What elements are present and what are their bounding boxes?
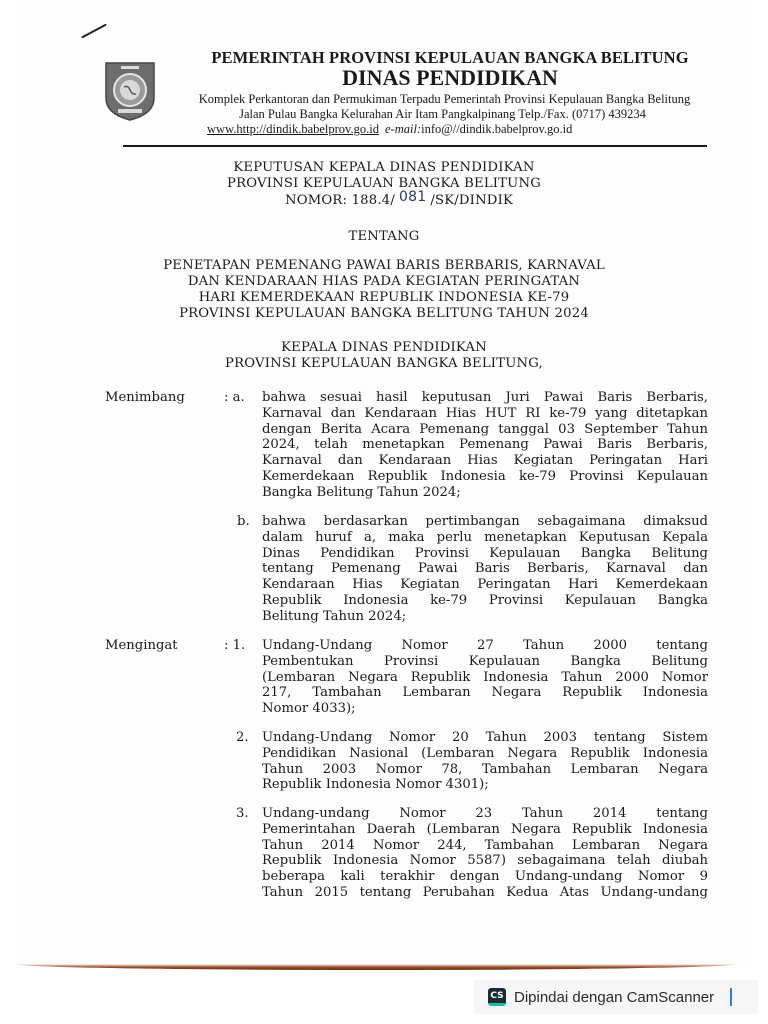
text-line: tentang Pemenang Pawai Baris Berbaris, K… — [262, 561, 708, 577]
provincial-emblem-icon — [103, 60, 157, 122]
camscanner-text: Dipindai dengan CamScanner — [514, 989, 714, 1006]
text-line: Republik Indonesia Nomor 5587) sebagaima… — [262, 853, 708, 869]
subject-line: PROVINSI KEPULAUAN BANGKA BELITUNG TAHUN… — [0, 306, 768, 321]
text-line: Karnaval dan Kendaraan Hias Kegiatan Per… — [262, 453, 708, 469]
subject-line: HARI KEMERDEKAAN REPUBLIK INDONESIA KE-7… — [0, 290, 768, 305]
text-line: Bangka Belitung Tahun 2024; — [262, 485, 708, 501]
handwritten-number: 081 — [399, 189, 426, 205]
text-line: (Lembaran Negara Republik Indonesia Tahu… — [262, 670, 708, 686]
official-title-line: PROVINSI KEPULAUAN BANGKA BELITUNG, — [0, 356, 768, 371]
item-marker: 3. — [236, 806, 249, 821]
text-line: Tahun 2015 tentang Perubahan Kedua Atas … — [262, 885, 708, 901]
text-line: Kendaraan Hias Kegiatan Peringatan Hari … — [262, 577, 708, 593]
subject-line: DAN KENDARAAN HIAS PADA KEGIATAN PERINGA… — [0, 274, 768, 289]
text-line: Republik Indonesia Nomor 4301); — [262, 777, 708, 793]
email-label: e-mail: — [385, 122, 421, 136]
text-line: bahwa sesuai hasil keputusan Juri Pawai … — [262, 390, 708, 406]
menimbang-item-b: bahwa berdasarkan pertimbangan sebagaima… — [262, 514, 708, 625]
text-line: Dinas Pendidikan Provinsi Kepulauan Bang… — [262, 546, 708, 562]
mengingat-item-1: Undang-Undang Nomor 27 Tahun 2000 tentan… — [262, 638, 708, 717]
decree-title-line-1: KEPUTUSAN KEPALA DINAS PENDIDIKAN — [0, 160, 768, 175]
official-title-line: KEPALA DINAS PENDIDIKAN — [0, 340, 768, 355]
about-heading: TENTANG — [0, 229, 768, 244]
decree-number: NOMOR: 188.4/081/SK/DINDIK — [0, 192, 768, 208]
camscanner-icon: CS — [488, 988, 506, 1006]
text-cursor — [730, 988, 732, 1006]
email-address[interactable]: info@//dindik.babelprov.go.id — [421, 122, 572, 136]
text-line: Pendidikan Nasional (Lembaran Negara Rep… — [262, 746, 708, 762]
agency-name: DINAS PENDIDIKAN — [170, 65, 730, 91]
menimbang-item-a: bahwa sesuai hasil keputusan Juri Pawai … — [262, 390, 708, 501]
text-line: Karnaval dan Kendaraan Hias HUT RI ke-79… — [262, 406, 708, 422]
website-link[interactable]: www.http://dindik.babelprov.go.id — [207, 122, 379, 136]
text-line: Republik Indonesia ke-79 Provinsi Kepula… — [262, 593, 708, 609]
subject-line: PENETAPAN PEMENANG PAWAI BARIS BERBARIS,… — [0, 258, 768, 273]
text-line: Pembentukan Provinsi Kepulauan Bangka Be… — [262, 654, 708, 670]
mengingat-label: Mengingat — [105, 638, 178, 653]
letterhead-divider — [123, 145, 707, 147]
text-line: Tahun 2014 Nomor 244, Tambahan Lembaran … — [262, 838, 708, 854]
text-line: bahwa berdasarkan pertimbangan sebagaima… — [262, 514, 708, 530]
text-line: 2024, telah menetapkan Pemenang Pawai Ba… — [262, 437, 708, 453]
item-marker: : 1. — [224, 638, 245, 653]
text-line: Belitung Tahun 2024; — [262, 609, 708, 625]
mengingat-item-2: Undang-Undang Nomor 20 Tahun 2003 tentan… — [262, 730, 708, 793]
camscanner-watermark: CS Dipindai dengan CamScanner — [474, 980, 758, 1014]
text-line: dengan Berita Acara Pemenang tanggal 03 … — [262, 422, 708, 438]
page-bottom-edge — [16, 964, 736, 970]
text-line: Undang-Undang Nomor 20 Tahun 2003 tentan… — [262, 730, 708, 746]
address-line-1: Komplek Perkantoran dan Permukiman Terpa… — [172, 92, 717, 107]
contact-line: www.http://dindik.babelprov.go.ide-mail:… — [207, 122, 572, 137]
address-line-2: Jalan Pulau Bangka Kelurahan Air Itam Pa… — [170, 107, 715, 122]
text-line: Kemerdekaan Republik Indonesia ke-79 Pro… — [262, 469, 708, 485]
text-line: Tahun 2003 Nomor 78, Tambahan Lembaran N… — [262, 762, 708, 778]
text-line: dalam huruf a, maka perlu menetapkan Kep… — [262, 530, 708, 546]
text-line: Undang-Undang Nomor 27 Tahun 2000 tentan… — [262, 638, 708, 654]
text-line: 217, Tambahan Lembaran Negara Republik I… — [262, 685, 708, 701]
item-marker: : a. — [224, 390, 245, 405]
menimbang-label: Menimbang — [105, 390, 185, 405]
text-line: Nomor 4033); — [262, 701, 708, 717]
mengingat-item-3: Undang-undang Nomor 23 Tahun 2014 tentan… — [262, 806, 708, 901]
decree-title-line-2: PROVINSI KEPULAUAN BANGKA BELITUNG — [0, 176, 768, 191]
text-line: Undang-undang Nomor 23 Tahun 2014 tentan… — [262, 806, 708, 822]
item-marker: 2. — [236, 730, 249, 745]
number-prefix: NOMOR: 188.4/ — [285, 193, 395, 208]
text-line: Pemerintahan Daerah (Lembaran Negara Rep… — [262, 822, 708, 838]
item-marker: b. — [237, 514, 250, 529]
number-suffix: /SK/DINDIK — [430, 193, 513, 208]
text-line: beberapa kali terakhir dengan Undang-und… — [262, 869, 708, 885]
